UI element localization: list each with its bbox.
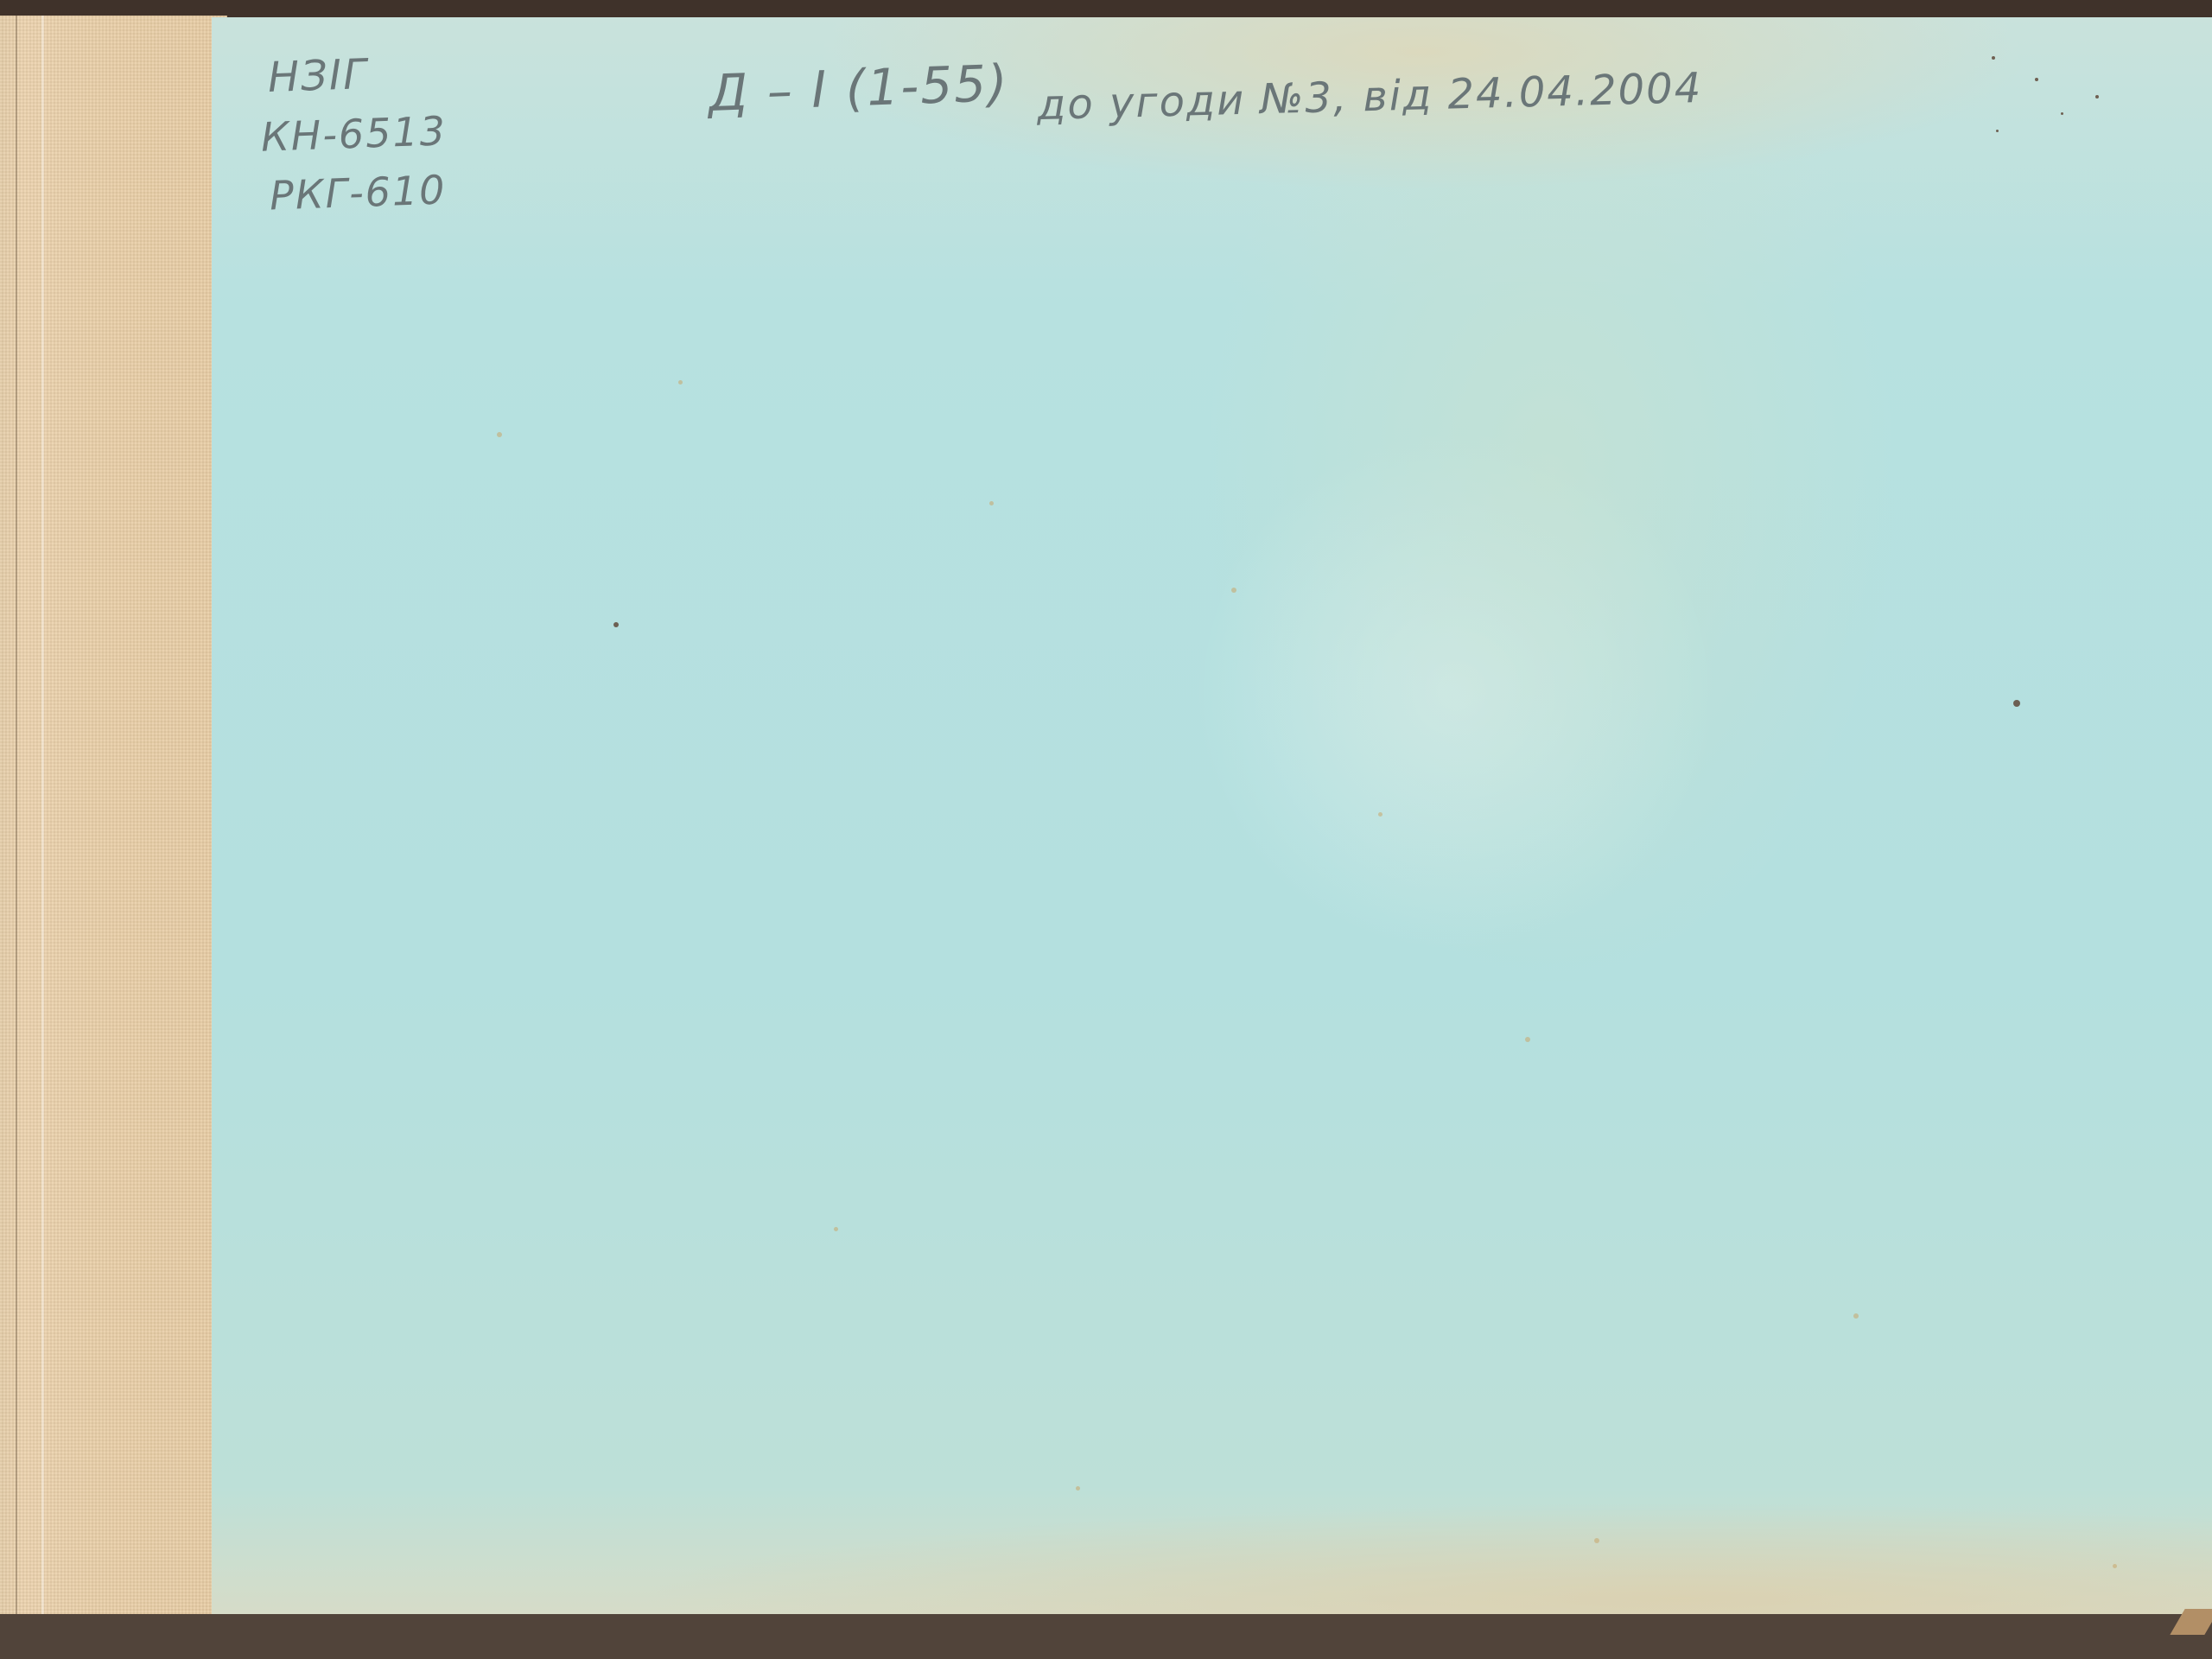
foxing-speck [1525, 1037, 1530, 1042]
pencil-shelf-mark: Д – І (1-55) [708, 54, 1010, 123]
endpaper-page [212, 17, 2212, 1614]
ink-speck [1992, 56, 1995, 60]
ink-speck [2061, 112, 2063, 115]
foxing-speck [1853, 1313, 1859, 1319]
pencil-code-rkg: РКГ-610 [269, 166, 447, 219]
pencil-code-nzig: НЗІГ [267, 50, 369, 102]
foxing-speck [1378, 812, 1382, 817]
cloth-spine [0, 16, 227, 1630]
pencil-code-kn: КН-6513 [260, 107, 448, 160]
ink-speck [2013, 700, 2020, 707]
foxing-speck [1076, 1486, 1080, 1491]
foxing-speck [497, 432, 502, 437]
foxing-speck [2113, 1564, 2117, 1568]
ink-speck [2035, 78, 2038, 81]
foxing-speck [1594, 1538, 1599, 1543]
spine-highlight-line [41, 16, 44, 1630]
ink-speck [613, 622, 619, 627]
foxing-speck [989, 501, 994, 505]
foxing-speck [678, 380, 683, 385]
ink-speck [1996, 130, 1999, 132]
foxing-speck [1231, 588, 1236, 593]
spine-fold-line [16, 16, 17, 1630]
cover-bottom-edge [0, 1614, 2212, 1659]
ink-speck [2095, 95, 2099, 99]
foxing-speck [834, 1227, 838, 1231]
